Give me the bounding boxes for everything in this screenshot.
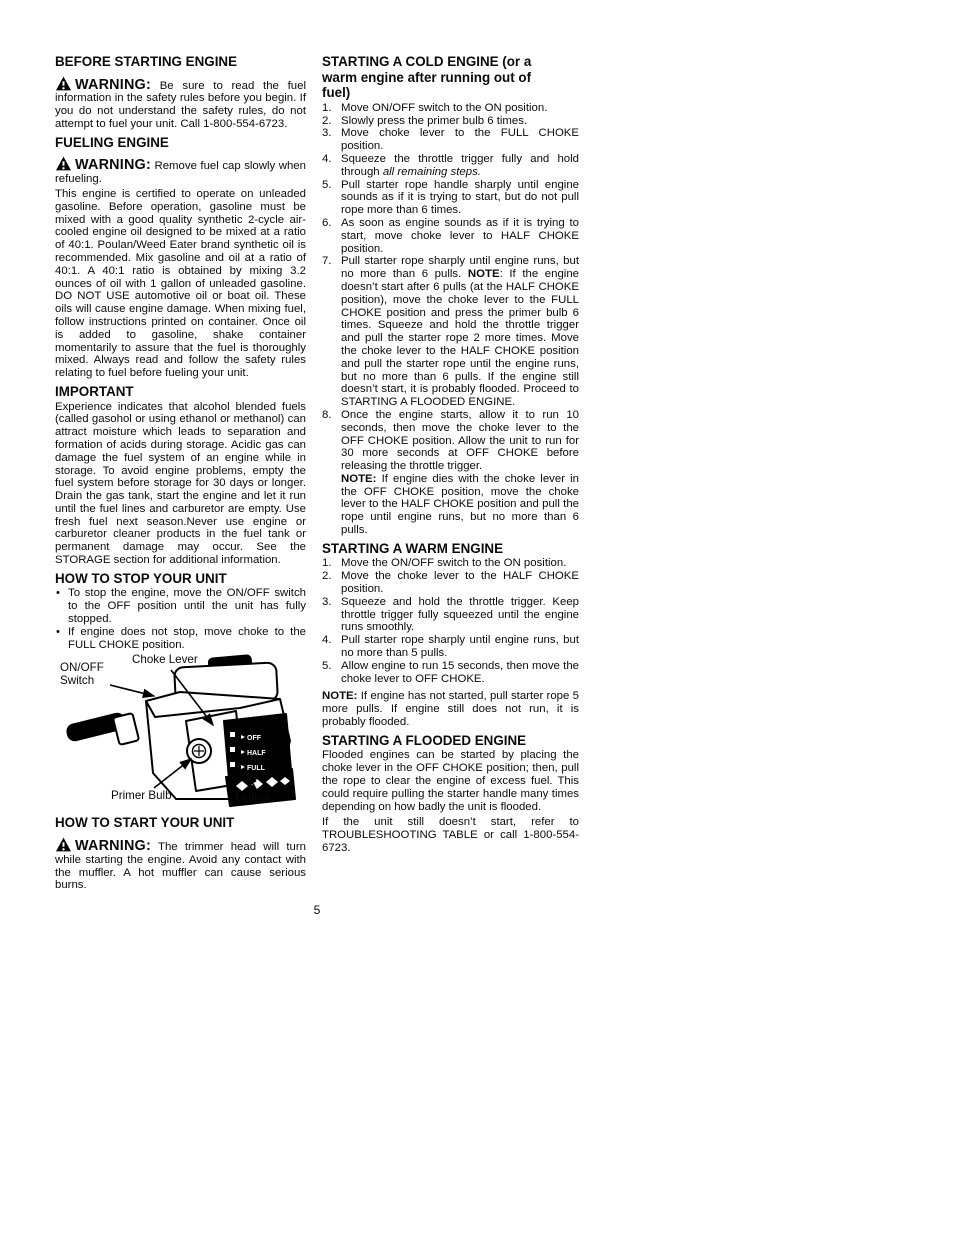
- step-number: 7.: [322, 255, 332, 268]
- warning-triangle-icon: [55, 156, 72, 171]
- heading-warm-engine: STARTING A WARM ENGINE: [322, 541, 579, 557]
- choke-lever-callout: Choke Lever: [132, 654, 198, 667]
- heading-important: IMPORTANT: [55, 384, 306, 400]
- step-number: 6.: [322, 217, 332, 230]
- step-text: Move choke lever to the FULL CHOKE posit…: [341, 127, 579, 152]
- list-item: To stop the engine, move the ON/OFF swit…: [55, 587, 306, 625]
- note-label: NOTE:: [322, 690, 357, 702]
- warning-fueling: WARNING: Remove fuel cap slowly when ref…: [55, 156, 306, 186]
- important-paragraph: Experience indicates that alcohol blende…: [55, 401, 306, 567]
- heading-cold-engine: STARTING A COLD ENGINE (or a warm engine…: [322, 54, 579, 101]
- choke-plate-label-half: HALF: [247, 750, 266, 757]
- step-item: 1.Move the ON/OFF switch to the ON posit…: [322, 557, 579, 570]
- note-text: If engine has not started, pull starter …: [322, 690, 579, 728]
- choke-plate: OFF HALF FULL: [224, 714, 291, 779]
- heading-flooded-engine: STARTING A FLOODED ENGINE: [322, 733, 579, 749]
- step-item: 2.Move the choke lever to the HALF CHOKE…: [322, 570, 579, 596]
- bullet-text: If engine does not stop, move choke to t…: [68, 626, 306, 651]
- note-text: : If the engine doesn’t start after 6 pu…: [341, 268, 579, 408]
- step-number: 5.: [322, 660, 332, 673]
- step-item: 8.Once the engine starts, allow it to ru…: [322, 409, 579, 537]
- right-column: STARTING A COLD ENGINE (or a warm engine…: [322, 52, 579, 856]
- choke-plate-label-off: OFF: [247, 735, 262, 742]
- step-text-italic: all remaining steps.: [383, 166, 481, 178]
- step-text: As soon as engine sounds as if it is try…: [341, 217, 579, 255]
- warning-before-starting: WARNING: Be sure to read the fuel inform…: [55, 76, 306, 131]
- page-number: 5: [55, 903, 579, 917]
- step-item: 5.Pull starter rope handle sharply until…: [322, 179, 579, 217]
- choke-plate-label-full: FULL: [247, 765, 266, 772]
- step-number: 2.: [322, 115, 332, 128]
- shaft: [65, 711, 139, 745]
- note-label: NOTE:: [341, 473, 376, 485]
- fueling-paragraph: This engine is certified to operate on u…: [55, 188, 306, 380]
- warning-label: WARNING:: [75, 838, 151, 854]
- step-text: Pull starter rope sharply until engine r…: [341, 634, 579, 659]
- list-item: If engine does not stop, move choke to t…: [55, 626, 306, 652]
- cold-engine-steps: 1.Move ON/OFF switch to the ON position.…: [322, 102, 579, 537]
- step-text: Move ON/OFF switch to the ON position.: [341, 102, 547, 114]
- muffler-callout: Muffler: [235, 793, 270, 806]
- onoff-label-line2: Switch: [60, 675, 104, 688]
- step-number: 2.: [322, 570, 332, 583]
- step-text: Once the engine starts, allow it to run …: [341, 409, 579, 472]
- step-number: 4.: [322, 634, 332, 647]
- heading-fueling-engine: FUELING ENGINE: [55, 135, 306, 151]
- primer-bulb-callout: Primer Bulb: [111, 790, 172, 803]
- onoff-switch-callout: ON/OFF Switch: [60, 662, 104, 687]
- flooded-paragraph-2: If the unit still doesn’t start, refer t…: [322, 816, 579, 854]
- bullet-text: To stop the engine, move the ON/OFF swit…: [68, 587, 306, 625]
- step-item: 5.Allow engine to run 15 seconds, then m…: [322, 660, 579, 686]
- warning-triangle-icon: [55, 76, 72, 91]
- step-number: 4.: [322, 153, 332, 166]
- step-text: Slowly press the primer bulb 6 times.: [341, 115, 527, 127]
- step-number: 3.: [322, 596, 332, 609]
- step-item: 7.Pull starter rope sharply until engine…: [322, 255, 579, 409]
- step-text: Pull starter rope handle sharply until e…: [341, 179, 579, 217]
- warning-label: WARNING:: [75, 157, 151, 173]
- heading-how-to-stop: HOW TO STOP YOUR UNIT: [55, 571, 306, 587]
- onoff-arrow: [110, 685, 154, 696]
- left-column: BEFORE STARTING ENGINE WARNING: Be sure …: [55, 52, 306, 894]
- step-text: Squeeze and hold the throttle trigger. K…: [341, 596, 579, 634]
- warning-label: WARNING:: [75, 77, 151, 93]
- note-label: NOTE: [468, 268, 500, 280]
- heading-how-to-start: HOW TO START YOUR UNIT: [55, 815, 306, 831]
- step-text: Move the choke lever to the HALF CHOKE p…: [341, 570, 579, 595]
- step-number: 1.: [322, 102, 332, 115]
- step-number: 8.: [322, 409, 332, 422]
- step-item: 1.Move ON/OFF switch to the ON position.: [322, 102, 579, 115]
- stop-instructions-list: To stop the engine, move the ON/OFF swit…: [55, 587, 306, 651]
- step-number: 3.: [322, 127, 332, 140]
- step-item: 4.Pull starter rope sharply until engine…: [322, 634, 579, 660]
- step-text: Allow engine to run 15 seconds, then mov…: [341, 660, 579, 685]
- step-number: 1.: [322, 557, 332, 570]
- step-item: 2.Slowly press the primer bulb 6 times.: [322, 115, 579, 128]
- step-item: 3.Move choke lever to the FULL CHOKE pos…: [322, 127, 579, 153]
- note-text: If engine dies with the choke lever in t…: [341, 473, 579, 536]
- step-item: 4.Squeeze the throttle trigger fully and…: [322, 153, 579, 179]
- warning-triangle-icon: [55, 837, 72, 852]
- warm-engine-steps: 1.Move the ON/OFF switch to the ON posit…: [322, 557, 579, 685]
- step-text: Move the ON/OFF switch to the ON positio…: [341, 557, 566, 569]
- step-note: NOTE: If engine dies with the choke leve…: [341, 473, 579, 537]
- step-item: 6.As soon as engine sounds as if it is t…: [322, 217, 579, 255]
- heading-before-starting-engine: BEFORE STARTING ENGINE: [55, 54, 306, 70]
- warning-starting: WARNING: The trimmer head will turn whil…: [55, 837, 306, 892]
- engine-diagram: OFF HALF FULL: [58, 654, 323, 811]
- flooded-paragraph-1: Flooded engines can be started by placin…: [322, 749, 579, 813]
- step-item: 3.Squeeze and hold the throttle trigger.…: [322, 596, 579, 634]
- warm-note: NOTE: If engine has not started, pull st…: [322, 690, 579, 728]
- step-number: 5.: [322, 179, 332, 192]
